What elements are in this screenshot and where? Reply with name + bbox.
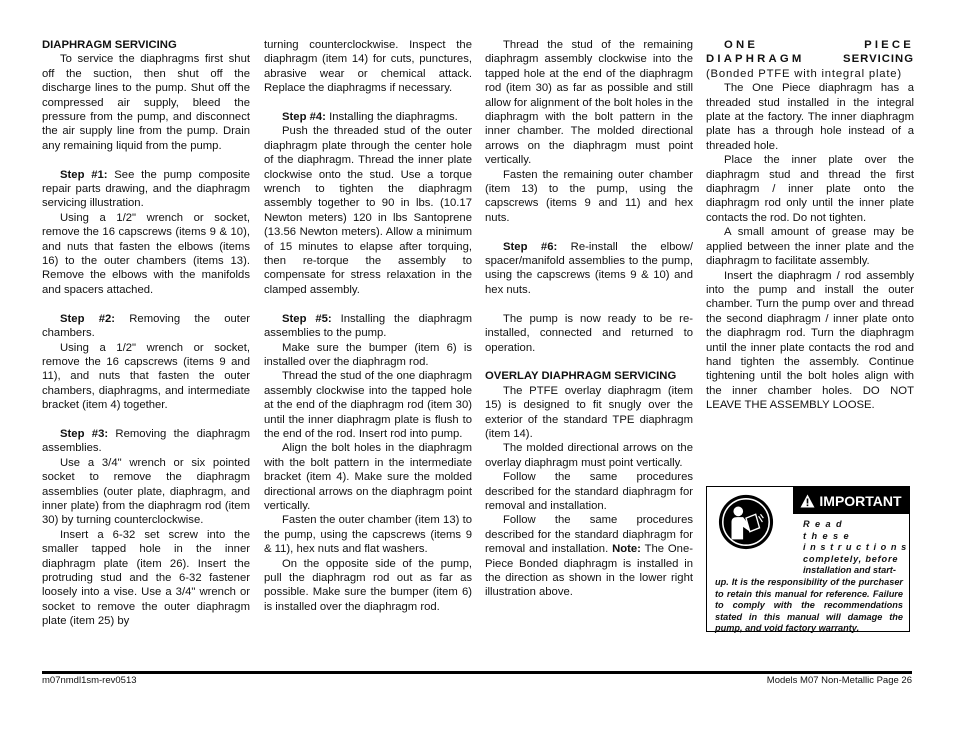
important-badge: IMPORTANT [793,487,909,514]
paragraph: Follow the same procedures described for… [485,470,693,513]
paragraph: Align the bolt holes in the diaphragm wi… [264,441,472,513]
column-2: turning counterclockwise. Inspect the di… [264,38,472,614]
paragraph: Place the inner plate over the diaphragm… [706,153,914,225]
step-label: Step #5: [282,313,332,325]
paragraph: Insert the diaphragm / rod assembly into… [706,269,914,413]
paragraph: The pump is now ready to be re-installed… [485,312,693,355]
paragraph: Thread the stud of the one diaphragm ass… [264,369,472,441]
column-1: DIAPHRAGM SERVICING To service the diaph… [42,38,250,629]
paragraph: On the opposite side of the pump, pull t… [264,557,472,615]
paragraph: To service the diaphragms first shut off… [42,52,250,153]
step-label: Step #6: [503,241,557,253]
section-heading-one-piece-diaphragm: ONE PIECE DIAPHRAGM SERVICING (Bonded PT… [706,38,914,81]
step-5: Step #5: Installing the diaphragm assemb… [264,312,472,341]
paragraph: Make sure the bumper (item 6) is install… [264,341,472,370]
paragraph: Insert a 6-32 set screw into the smaller… [42,528,250,629]
paragraph: Follow the same procedures described for… [485,513,693,599]
column-3: Thread the stud of the remaining diaphra… [485,38,693,600]
paragraph: Thread the stud of the remaining diaphra… [485,38,693,168]
note-label: Note: [612,543,641,555]
paragraph: Using a 1/2" wrench or socket, remove th… [42,211,250,297]
paragraph: A small amount of grease may be applied … [706,225,914,268]
section-heading-diaphragm-servicing: DIAPHRAGM SERVICING [42,38,250,52]
paragraph: Using a 1/2" wrench or socket, remove th… [42,341,250,413]
step-label: Step #2: [60,313,115,325]
section-heading-overlay-diaphragm-servicing: OVERLAY DIAPHRAGM SERVICING [485,369,693,383]
paragraph: The molded directional arrows on the ove… [485,441,693,470]
footer-rule [42,671,912,674]
warning-triangle-icon [800,494,815,508]
column-4: ONE PIECE DIAPHRAGM SERVICING (Bonded PT… [706,38,914,413]
paragraph: Push the threaded stud of the outer diap… [264,124,472,297]
important-notice-box: IMPORTANT Read these instructions comple… [706,486,910,632]
step-6: Step #6: Re-install the elbow/ spacer/ma… [485,240,693,298]
important-label: IMPORTANT [819,493,901,509]
paragraph: Use a 3/4" wrench or six pointed socket … [42,456,250,528]
step-2: Step #2: Removing the outer chambers. [42,312,250,341]
paragraph: The PTFE overlay diaphragm (item 15) is … [485,384,693,442]
step-label: Step #4: [282,111,326,123]
step-1: Step #1: See the pump composite repair p… [42,168,250,211]
step-3: Step #3: Removing the diaphragm assembli… [42,427,250,456]
document-code: m07nmdl1sm-rev0513 [42,675,137,686]
step-label: Step #3: [60,428,108,440]
paragraph: turning counterclockwise. Inspect the di… [264,38,472,96]
page-label: Models M07 Non-Metallic Page 26 [767,675,912,686]
paragraph: The One Piece diaphragm has a threaded s… [706,81,914,153]
step-4: Step #4: Installing the diaphragms. [264,110,472,124]
step-label: Step #1: [60,169,108,181]
paragraph: Fasten the remaining outer chamber (item… [485,168,693,226]
important-text: Read these instructions completely, befo… [715,519,903,635]
paragraph: Fasten the outer chamber (item 13) to th… [264,513,472,556]
